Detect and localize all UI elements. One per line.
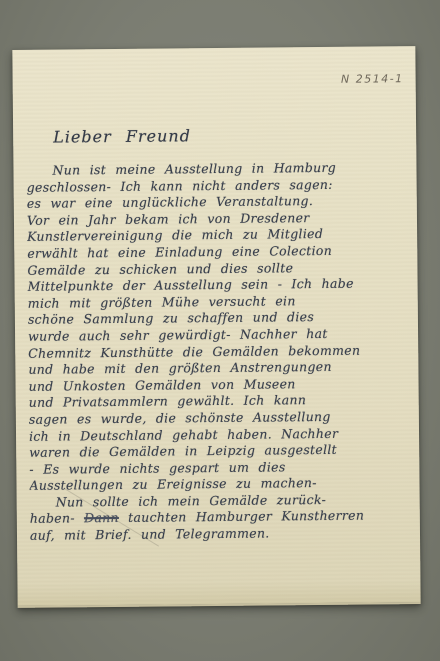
archive-number: N 2514-1 xyxy=(341,72,404,86)
letter-body: Nun ist meine Ausstellung in Hamburggesc… xyxy=(26,159,416,544)
letter-scan: N 2514-1 Lieber Freund Nun ist meine Aus… xyxy=(0,0,440,661)
letter-line: auf, mit Brief. und Telegrammen. xyxy=(30,524,416,544)
letter-salutation: Lieber Freund xyxy=(53,126,191,146)
letter-paper: N 2514-1 Lieber Freund Nun ist meine Aus… xyxy=(12,46,420,608)
